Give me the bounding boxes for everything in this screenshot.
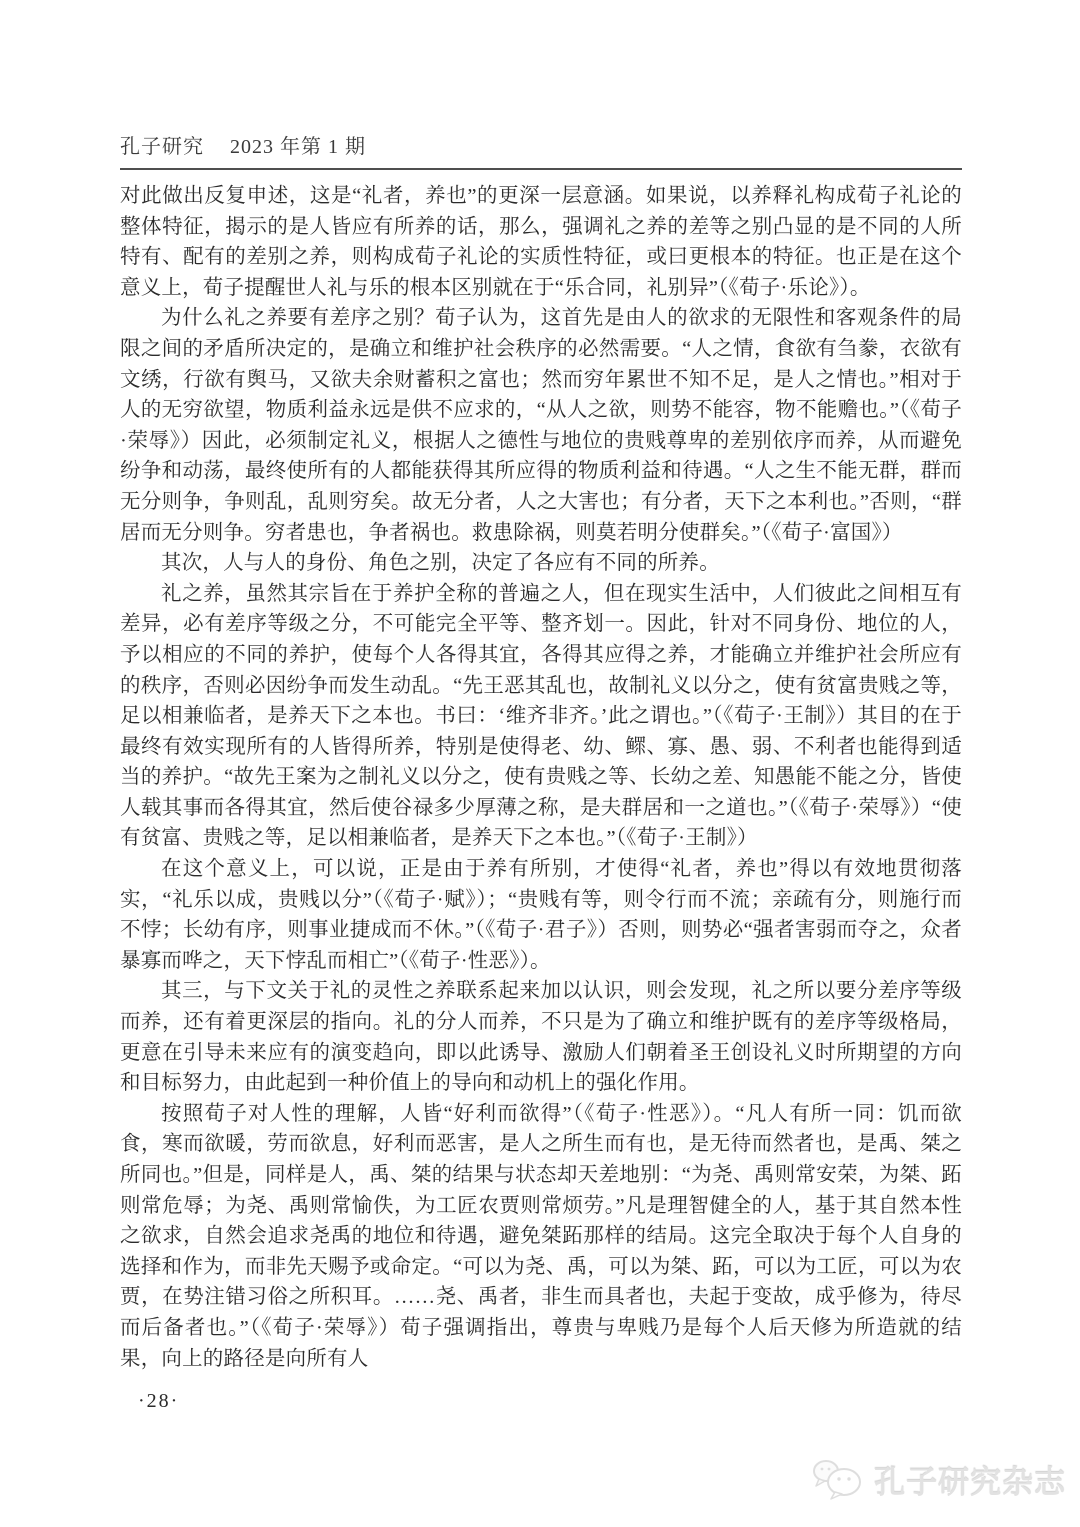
- paragraph: 为什么礼之养要有差序之别？荀子认为，这首先是由人的欲求的无限性和客观条件的局限之…: [120, 303, 962, 548]
- page-number: ·28·: [138, 1390, 179, 1413]
- paragraph: 在这个意义上，可以说，正是由于养有所别，才使得“礼者，养也”得以有效地贯彻落实，…: [120, 854, 962, 976]
- issue-label: 2023 年第 1 期: [230, 136, 366, 158]
- paragraph: 按照荀子对人性的理解，人皆“好利而欲得”（《荀子·性恶》）。“凡人有所一同：饥而…: [120, 1099, 962, 1374]
- journal-watermark: 孔子研究杂志: [811, 1456, 1066, 1502]
- paragraph: 对此做出反复申述，这是“礼者，养也”的更深一层意涵。如果说，以养释礼构成荀子礼论…: [120, 181, 962, 303]
- paragraph: 礼之养，虽然其宗旨在于养护全称的普遍之人，但在现实生活中，人们彼此之间相互有差异…: [120, 579, 962, 854]
- journal-page: 孔子研究2023 年第 1 期 对此做出反复申述，这是“礼者，养也”的更深一层意…: [0, 0, 1080, 1527]
- article-body: 对此做出反复申述，这是“礼者，养也”的更深一层意涵。如果说，以养释礼构成荀子礼论…: [120, 181, 962, 1374]
- paragraph: 其三，与下文关于礼的灵性之养联系起来加以认识，则会发现，礼之所以要分差序等级而养…: [120, 976, 962, 1098]
- journal-title: 孔子研究: [120, 136, 204, 158]
- wechat-icon: [811, 1456, 867, 1502]
- page-header: 孔子研究2023 年第 1 期: [120, 130, 962, 170]
- watermark-label: 孔子研究杂志: [874, 1457, 1066, 1502]
- paragraph: 其次，人与人的身份、角色之别，决定了各应有不同的所养。: [120, 548, 962, 579]
